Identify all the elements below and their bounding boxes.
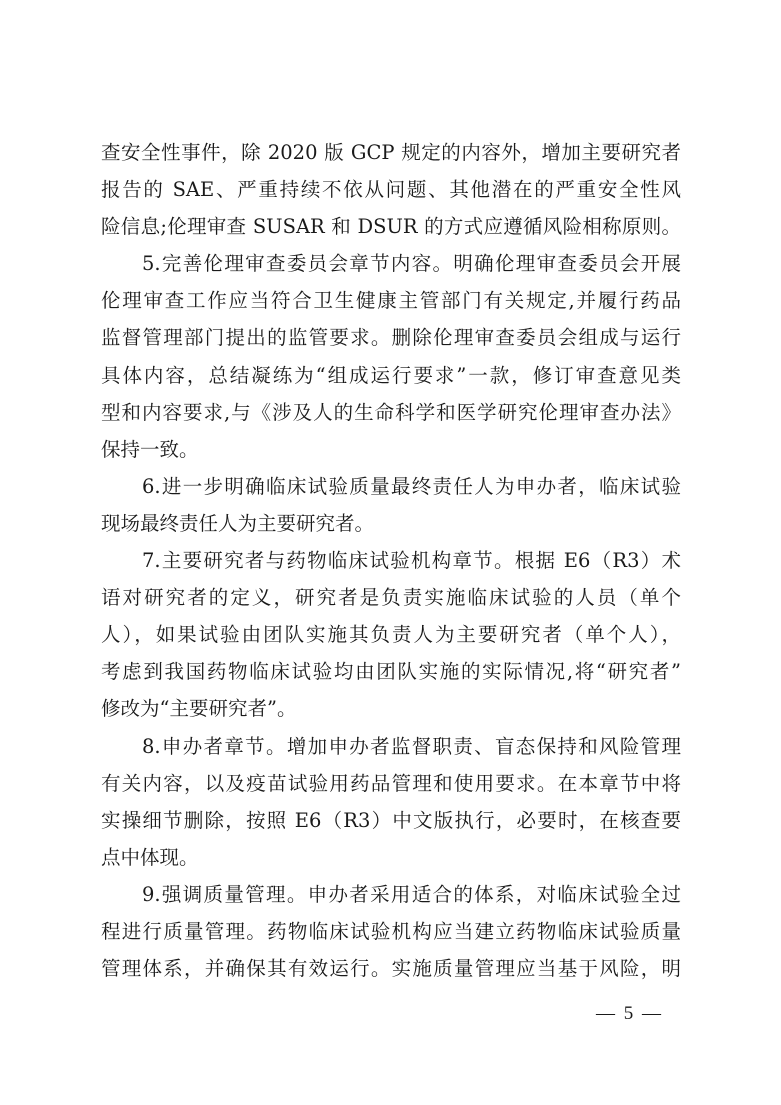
text-line: 管理体系，并确保其有效运行。实施质量管理应当基于风险，明 xyxy=(101,950,681,987)
text-line: 报告的 SAE、严重持续不依从问题、其他潜在的严重安全性风 xyxy=(101,171,681,208)
document-page: 查安全性事件，除 2020 版 GCP 规定的内容外，增加主要研究者 报告的 S… xyxy=(0,0,781,1105)
text-line: 险信息;伦理审查 SUSAR 和 DSUR 的方式应遵循风险相称原则。 xyxy=(101,208,681,245)
text-line: 6.进一步明确临床试验质量最终责任人为申办者，临床试验 xyxy=(101,468,681,505)
paragraph-item-5: 5.完善伦理审查委员会章节内容。明确伦理审查委员会开展 伦理审查工作应当符合卫生… xyxy=(101,245,681,468)
paragraph-continued: 查安全性事件，除 2020 版 GCP 规定的内容外，增加主要研究者 报告的 S… xyxy=(101,134,681,245)
text-line: 人），如果试验由团队实施其负责人为主要研究者（单个人）， xyxy=(101,616,681,653)
text-line: 保持一致。 xyxy=(101,431,681,468)
text-line: 实操细节删除，按照 E6（R3）中文版执行，必要时，在核查要 xyxy=(101,802,681,839)
paragraph-item-6: 6.进一步明确临床试验质量最终责任人为申办者，临床试验 现场最终责任人为主要研究… xyxy=(101,468,681,542)
text-line: 监督管理部门提出的监管要求。删除伦理审查委员会组成与运行 xyxy=(101,319,681,356)
text-line: 现场最终责任人为主要研究者。 xyxy=(101,505,681,542)
text-line: 考虑到我国药物临床试验均由团队实施的实际情况,将“研究者” xyxy=(101,653,681,690)
text-line: 具体内容，总结凝练为“组成运行要求”一款，修订审查意见类 xyxy=(101,357,681,394)
text-line: 有关内容，以及疫苗试验用药品管理和使用要求。在本章节中将 xyxy=(101,765,681,802)
text-line: 7.主要研究者与药物临床试验机构章节。根据 E6（R3）术 xyxy=(101,542,681,579)
paragraph-item-8: 8.申办者章节。增加申办者监督职责、盲态保持和风险管理 有关内容，以及疫苗试验用… xyxy=(101,728,681,876)
body-text: 查安全性事件，除 2020 版 GCP 规定的内容外，增加主要研究者 报告的 S… xyxy=(101,134,681,987)
paragraph-item-9: 9.强调质量管理。申办者采用适合的体系，对临床试验全过 程进行质量管理。药物临床… xyxy=(101,876,681,987)
text-line: 修改为“主要研究者”。 xyxy=(101,690,681,727)
page-number: — 5 — xyxy=(596,1003,663,1025)
text-line: 程进行质量管理。药物临床试验机构应当建立药物临床试验质量 xyxy=(101,913,681,950)
text-line: 型和内容要求,与《涉及人的生命科学和医学研究伦理审查办法》 xyxy=(101,394,681,431)
paragraph-item-7: 7.主要研究者与药物临床试验机构章节。根据 E6（R3）术 语对研究者的定义，研… xyxy=(101,542,681,727)
text-line: 9.强调质量管理。申办者采用适合的体系，对临床试验全过 xyxy=(101,876,681,913)
text-line: 8.申办者章节。增加申办者监督职责、盲态保持和风险管理 xyxy=(101,728,681,765)
text-line: 5.完善伦理审查委员会章节内容。明确伦理审查委员会开展 xyxy=(101,245,681,282)
text-line: 伦理审查工作应当符合卫生健康主管部门有关规定,并履行药品 xyxy=(101,282,681,319)
text-line: 点中体现。 xyxy=(101,839,681,876)
text-line: 查安全性事件，除 2020 版 GCP 规定的内容外，增加主要研究者 xyxy=(101,134,681,171)
text-line: 语对研究者的定义，研究者是负责实施临床试验的人员（单个 xyxy=(101,579,681,616)
